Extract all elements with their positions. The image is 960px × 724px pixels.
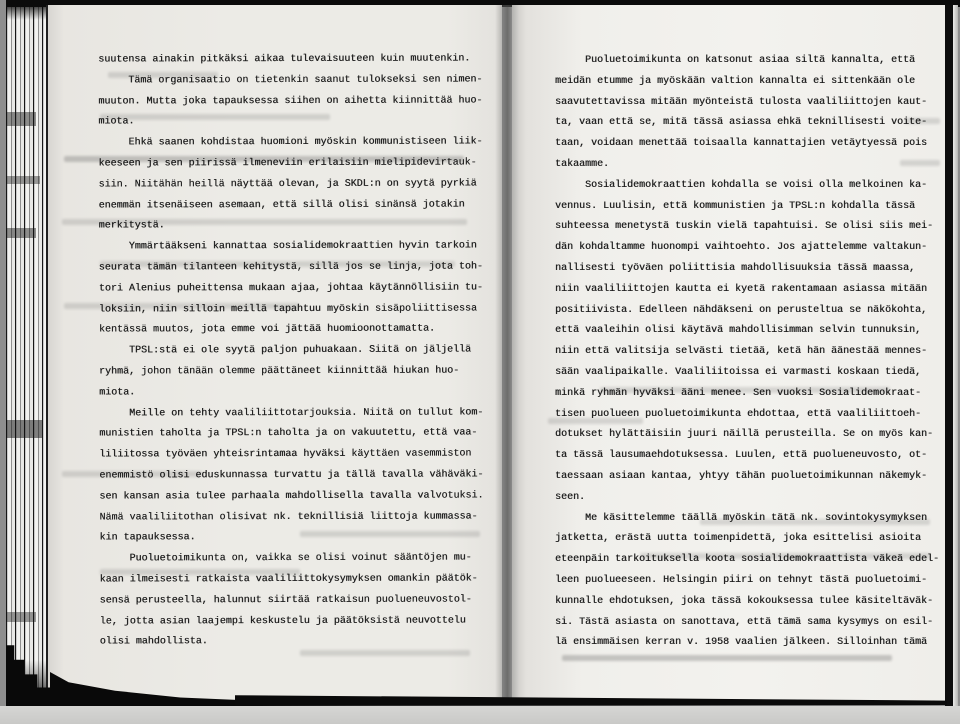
text-line: suutensa ainakin pitkäksi aikaa tulevais…: [98, 49, 482, 71]
text-line: nallisesti työväen poliittisia mahdollis…: [555, 259, 939, 280]
text-line: enemmän itsenäiseen asemaan, että sillä …: [99, 195, 483, 217]
text-line: taessaan asiaan kantaa, yhtyy tähän puol…: [555, 467, 939, 488]
text-line: takaamme.: [555, 155, 939, 176]
text-line: kaan ilmeisesti ratkaista vaaliliittokys…: [100, 569, 484, 591]
text-line: le, jotta asian laajempi keskustelu ja p…: [100, 611, 484, 633]
text-line: leen puolueeseen. Helsingin piiri on teh…: [555, 571, 939, 592]
book-scan: suutensa ainakin pitkäksi aikaa tulevais…: [0, 0, 960, 724]
text-line: vennus. Luulisin, että kommunistien ja T…: [555, 197, 939, 218]
text-line: Me käsittelemme täällä myöskin tätä nk. …: [555, 509, 939, 530]
text-line: Ymmärtääkseni kannattaa sosialidemokraat…: [99, 237, 483, 259]
text-line: Nämä vaaliliitothan olisivat nk. teknill…: [99, 507, 483, 529]
text-line: dotukset hylättäisiin juuri näillä perus…: [555, 425, 939, 446]
page-edge-right-shadow: [945, 5, 953, 708]
text-line: miota.: [98, 112, 482, 134]
text-line: tisen puolueen puoluetoimikunta ehdottaa…: [555, 405, 939, 426]
text-line: suhteessa menetystä tuskin vielä tapahtu…: [555, 217, 939, 238]
text-line: saavutettavissa mitään myönteistä tulost…: [555, 93, 939, 114]
text-line: lä ensimmäisen kerran v. 1958 vaalien jä…: [555, 633, 939, 654]
left-page-text: suutensa ainakin pitkäksi aikaa tulevais…: [98, 49, 484, 653]
page-edges-fan: [6, 4, 46, 706]
text-line: muuton. Mutta joka tapauksessa siihen on…: [98, 91, 482, 113]
text-line: miota.: [99, 382, 483, 404]
text-line: seen.: [555, 488, 939, 509]
text-line: Ehkä saanen kohdistaa huomioni myöskin k…: [98, 133, 482, 155]
text-line: positiivista. Edelleen nähdäkseni on per…: [555, 301, 939, 322]
text-line: siin. Niitähän heillä näyttää olevan, ja…: [99, 174, 483, 196]
text-line: merkitystä.: [99, 216, 483, 238]
text-line: Sosialidemokraattien kohdalla se voisi o…: [555, 176, 939, 197]
text-line: sään vaalipaikalle. Vaaliliitoissa ei va…: [555, 363, 939, 384]
text-line: tori Alenius puheittensa mukaan ajaa, jo…: [99, 278, 483, 300]
text-line: Puoluetoimikunta on katsonut asiaa siltä…: [555, 51, 939, 72]
text-line: Tämä organisaatio on tietenkin saanut tu…: [98, 70, 482, 92]
text-line: olisi mahdollista.: [100, 632, 484, 654]
text-line: jatketta, erästä uutta toimenpidettä, jo…: [555, 529, 939, 550]
text-line: Meille on tehty vaaliliittotarjouksia. N…: [99, 403, 483, 425]
text-line: seurata tämän tilanteen kehitystä, sillä…: [99, 257, 483, 279]
text-line: dän kohdaltamme huonompi vaihtoehto. Jos…: [555, 238, 939, 259]
text-line: Puoluetoimikunta on, vaikka se olisi voi…: [100, 549, 484, 571]
text-line: eteenpäin tarkoituksella koota sosialide…: [555, 550, 939, 571]
page-edge-right: [953, 5, 958, 708]
text-line: että vaaleihin olisi käytävä mahdollisim…: [555, 321, 939, 342]
text-line: niin vaaliliittojen kautta ei kyetä rake…: [555, 280, 939, 301]
text-line: si. Tästä asiasta on sanottava, että täm…: [555, 613, 939, 634]
text-line: enemmistö olisi eduskunnassa turvattu ja…: [99, 465, 483, 487]
text-line: TPSL:stä ei ole syytä paljon puhuakaan. …: [99, 341, 483, 363]
right-page-text: Puoluetoimikunta on katsonut asiaa siltä…: [555, 51, 939, 654]
text-line: ta tässä lausumaehdotuksessa. Luulen, et…: [555, 446, 939, 467]
text-line: kin tapauksessa.: [99, 528, 483, 550]
text-line: ryhmä, johon tänään olemme päättäneet ki…: [99, 361, 483, 383]
scanner-bed-bottom: [0, 706, 960, 724]
text-line: sensä perusteella, halunnut siirtää ratk…: [100, 590, 484, 612]
text-line: niin että valitsija selvästi tietää, ket…: [555, 342, 939, 363]
text-line: munistien taholta ja TPSL:n taholta ja o…: [99, 424, 483, 446]
text-line: meidän etumme ja myöskään valtion kannal…: [555, 72, 939, 93]
text-line: liliitossa työväen yhteisrintamaa hyväks…: [99, 445, 483, 467]
text-line: sen kansan asia tulee parhaala mahdollis…: [99, 486, 483, 508]
text-line: taan, voidaan menettää toisaalla kannatt…: [555, 134, 939, 155]
text-line: minkä ryhmän hyväksi ääni menee. Sen vuo…: [555, 384, 939, 405]
text-line: keeseen ja sen piirissä ilmeneviin erila…: [98, 153, 482, 175]
text-line: loksiin, niin silloin meillä tapahtuu my…: [99, 299, 483, 321]
book-gutter: [495, 5, 519, 705]
text-line: ta, vaan että se, mitä tässä asiassa ehk…: [555, 113, 939, 134]
text-line: kunnalle ehdotuksen, joka tässä kokoukse…: [555, 592, 939, 613]
text-line: kentässä muutos, jota emme voi jättää hu…: [99, 320, 483, 342]
